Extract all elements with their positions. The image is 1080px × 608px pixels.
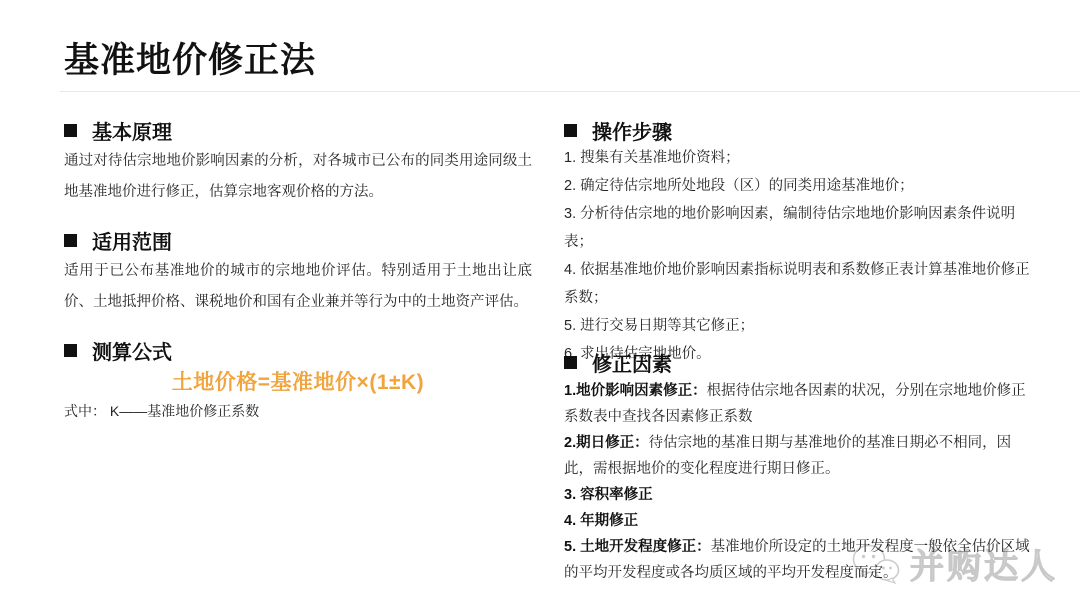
factors-list: 1.地价影响因素修正：根据待估宗地各因素的状况，分别在宗地地价修正系数表中查找各… <box>564 378 1032 586</box>
factor-item: 3. 容积率修正 <box>564 482 1032 508</box>
section-heading-label: 修正因素 <box>592 348 672 377</box>
bullet-square-icon <box>564 356 577 369</box>
page-title: 基准地价修正法 <box>64 33 316 83</box>
factor-item: 2.期日修正：待估宗地的基准日期与基准地价的基准日期必不相同，因此，需根据地价的… <box>564 430 1032 482</box>
factor-label: 2.期日修正： <box>564 435 649 451</box>
step-item: 5. 进行交易日期等其它修正； <box>564 312 1032 340</box>
step-item: 1. 搜集有关基准地价资料； <box>564 144 1032 172</box>
slide: 基准地价修正法 基本原理 通过对待估宗地地价影响因素的分析，对各城市已公布的同类… <box>0 0 1080 608</box>
bullet-square-icon <box>64 344 77 357</box>
section-heading-formula: 测算公式 <box>64 336 532 365</box>
section-heading-factors: 修正因素 <box>564 348 1032 377</box>
factor-label: 1.地价影响因素修正： <box>564 383 707 399</box>
land-price-formula: 土地价格=基准地价×(1±K) <box>64 366 532 396</box>
factor-item: 4. 年期修正 <box>564 508 1032 534</box>
section-heading-label: 适用范围 <box>92 226 172 255</box>
title-divider <box>60 91 1080 92</box>
section-heading-label: 操作步骤 <box>592 116 672 145</box>
section-heading-principle: 基本原理 <box>64 116 532 145</box>
scope-body: 适用于已公布基准地价的城市的宗地地价评估。特别适用于土地出让底价、土地抵押价格、… <box>64 256 532 318</box>
factor-label: 3. 容积率修正 <box>564 487 653 503</box>
bullet-square-icon <box>64 234 77 247</box>
formula-note: 式中： K——基准地价修正系数 <box>64 401 532 421</box>
steps-list: 1. 搜集有关基准地价资料； 2. 确定待估宗地所处地段（区）的同类用途基准地价… <box>564 144 1032 368</box>
step-item: 4. 依据基准地价地价影响因素指标说明表和系数修正表计算基准地价修正系数； <box>564 256 1032 312</box>
factor-label: 4. 年期修正 <box>564 513 638 529</box>
section-heading-label: 基本原理 <box>92 116 172 145</box>
principle-body: 通过对待估宗地地价影响因素的分析，对各城市已公布的同类用途同级土地基准地价进行修… <box>64 146 532 208</box>
bullet-square-icon <box>64 124 77 137</box>
section-heading-steps: 操作步骤 <box>564 116 1032 145</box>
section-heading-scope: 适用范围 <box>64 226 532 255</box>
factor-item: 5. 土地开发程度修正：基准地价所设定的土地开发程度一般依全估价区域的平均开发程… <box>564 534 1032 586</box>
step-item: 2. 确定待估宗地所处地段（区）的同类用途基准地价； <box>564 172 1032 200</box>
step-item: 3. 分析待估宗地的地价影响因素，编制待估宗地地价影响因素条件说明表； <box>564 200 1032 256</box>
bullet-square-icon <box>564 124 577 137</box>
section-heading-label: 测算公式 <box>92 336 172 365</box>
factor-item: 1.地价影响因素修正：根据待估宗地各因素的状况，分别在宗地地价修正系数表中查找各… <box>564 378 1032 430</box>
factor-label: 5. 土地开发程度修正： <box>564 539 711 555</box>
